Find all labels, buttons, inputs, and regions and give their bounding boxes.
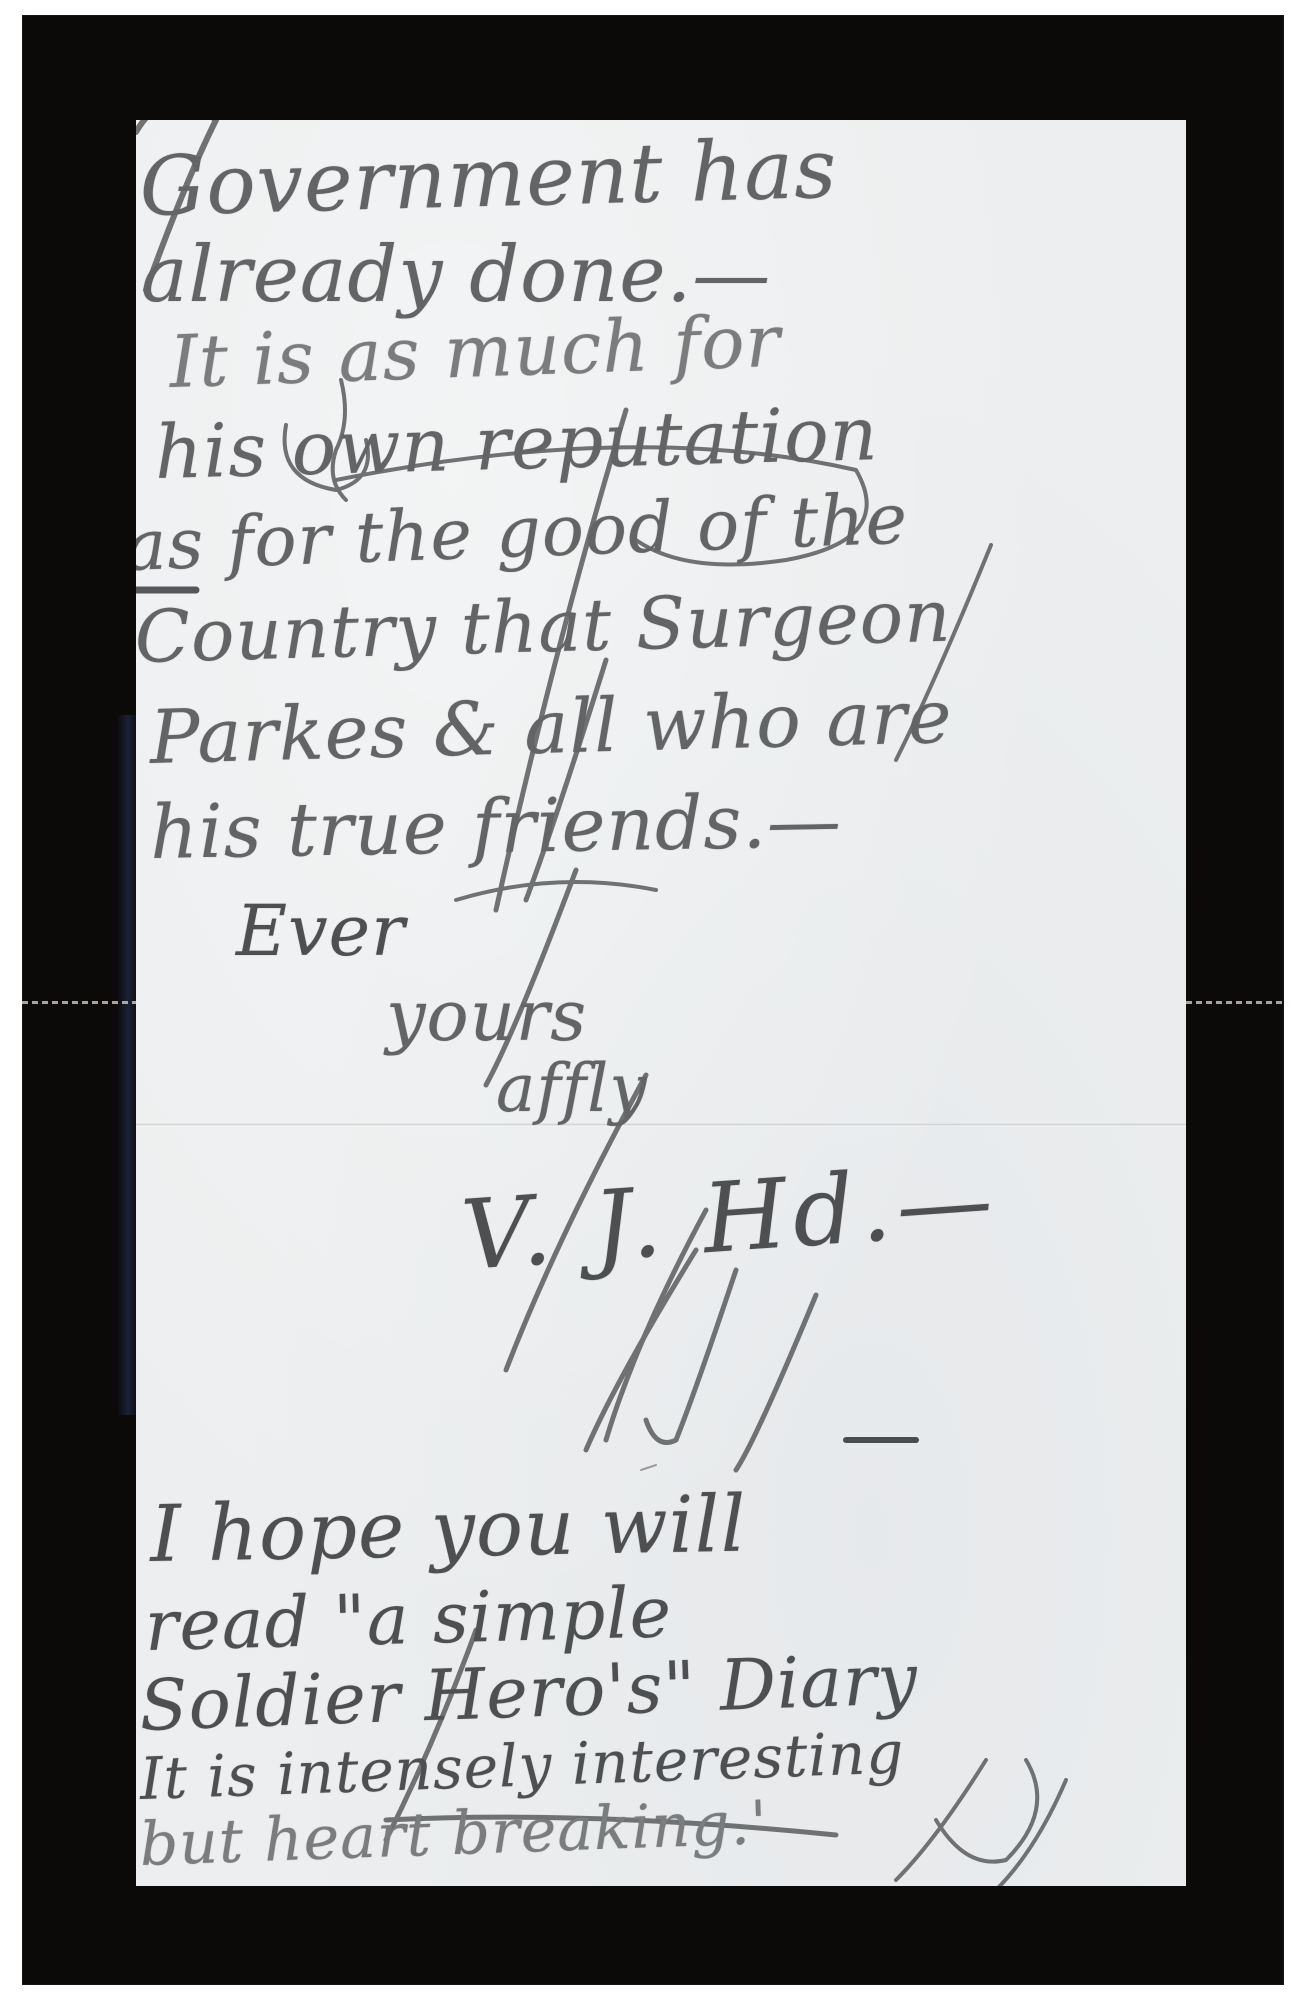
letter-line-8: his true friends.— bbox=[149, 778, 842, 876]
fold-crease bbox=[136, 1123, 1186, 1127]
letter-line-4: his own reputation bbox=[154, 391, 880, 496]
valediction-ever: Ever bbox=[236, 890, 406, 972]
signature: V. J. Hd.— bbox=[458, 1143, 1002, 1292]
postscript-line-1: I hope you will bbox=[149, 1480, 747, 1580]
letter-line-5: as for the good of the bbox=[136, 478, 909, 587]
valediction-affly: affly bbox=[496, 1050, 648, 1127]
letter-line-6: Country that Surgeon bbox=[136, 574, 952, 679]
fold-crease-left-border bbox=[22, 1001, 136, 1004]
fold-crease-right-border bbox=[1186, 1001, 1284, 1004]
valediction-yours: yours bbox=[386, 975, 587, 1057]
letter-line-1: Government has bbox=[139, 122, 839, 235]
letter-line-7: Parkes & all who are bbox=[149, 674, 954, 781]
letter-paper: Government has already done.— It is as m… bbox=[136, 120, 1186, 1886]
